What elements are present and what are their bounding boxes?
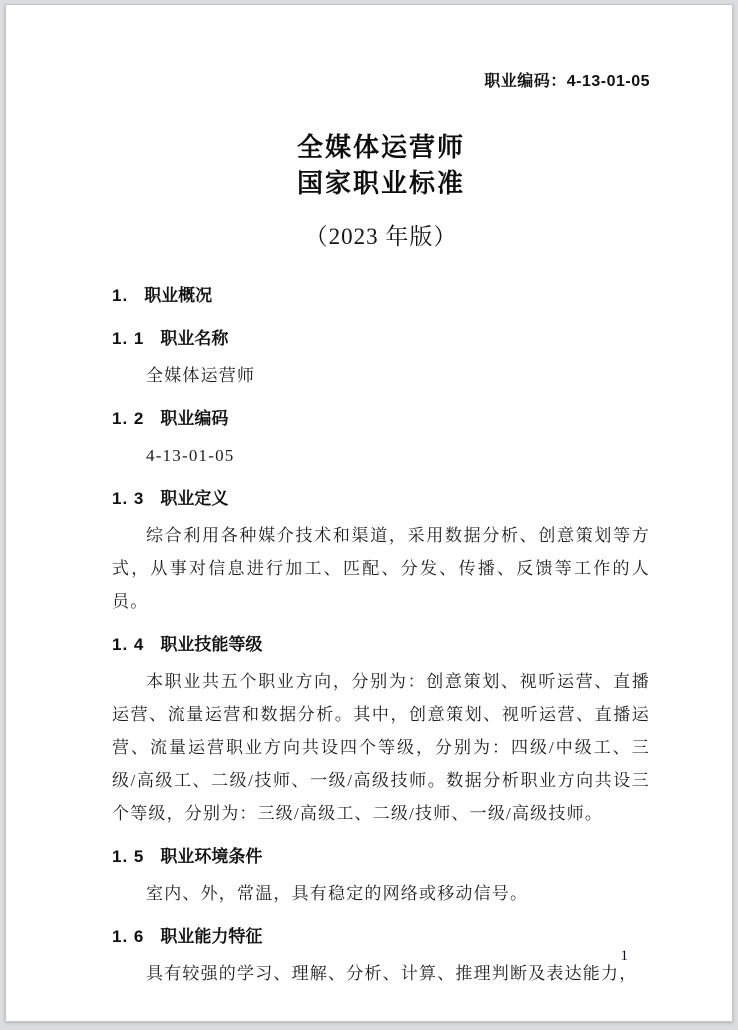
- document-title-line2: 国家职业标准: [112, 165, 650, 201]
- section-title: 职业定义: [160, 489, 228, 508]
- document-page: 职业编码：4-13-01-05 全媒体运营师 国家职业标准 （2023 年版） …: [5, 4, 733, 1022]
- section-body-1-1: 全媒体运营师: [112, 359, 650, 392]
- section-title: 职业能力特征: [160, 927, 262, 946]
- section-title: 职业环境条件: [160, 847, 262, 866]
- section-number: 1. 2: [112, 409, 144, 428]
- section-heading-1-4: 1. 4职业技能等级: [112, 628, 650, 661]
- document-title: 全媒体运营师 国家职业标准: [112, 129, 650, 201]
- page-number: 1: [621, 948, 629, 965]
- section-number: 1. 3: [112, 489, 144, 508]
- section-heading-1-6: 1. 6职业能力特征: [112, 920, 650, 953]
- document-title-line1: 全媒体运营师: [112, 129, 650, 165]
- section-number: 1.: [112, 286, 128, 305]
- edition-line: （2023 年版）: [112, 221, 650, 253]
- section-body-1-3: 综合利用各种媒介技术和渠道，采用数据分析、创意策划等方式，从事对信息进行加工、匹…: [112, 519, 650, 618]
- section-title: 职业名称: [160, 329, 228, 348]
- section-heading-1: 1.职业概况: [112, 279, 650, 312]
- section-number: 1. 5: [112, 847, 144, 866]
- section-body-1-5: 室内、外，常温，具有稳定的网络或移动信号。: [112, 877, 650, 910]
- section-title: 职业编码: [160, 409, 228, 428]
- section-body-1-2: 4-13-01-05: [112, 439, 650, 472]
- section-title: 职业技能等级: [160, 635, 262, 654]
- section-heading-1-5: 1. 5职业环境条件: [112, 840, 650, 873]
- section-title: 职业概况: [144, 286, 212, 305]
- section-heading-1-3: 1. 3职业定义: [112, 482, 650, 515]
- section-body-1-6: 具有较强的学习、理解、分析、计算、推理判断及表达能力，: [112, 957, 650, 990]
- section-body-1-4: 本职业共五个职业方向，分别为：创意策划、视听运营、直播运营、流量运营和数据分析。…: [112, 665, 650, 830]
- document-viewer: 职业编码：4-13-01-05 全媒体运营师 国家职业标准 （2023 年版） …: [0, 0, 738, 1030]
- section-heading-1-2: 1. 2职业编码: [112, 402, 650, 435]
- section-heading-1-1: 1. 1职业名称: [112, 322, 650, 355]
- section-number: 1. 1: [112, 329, 144, 348]
- section-number: 1. 4: [112, 635, 144, 654]
- occupation-code-header: 职业编码：4-13-01-05: [112, 71, 650, 93]
- section-number: 1. 6: [112, 927, 144, 946]
